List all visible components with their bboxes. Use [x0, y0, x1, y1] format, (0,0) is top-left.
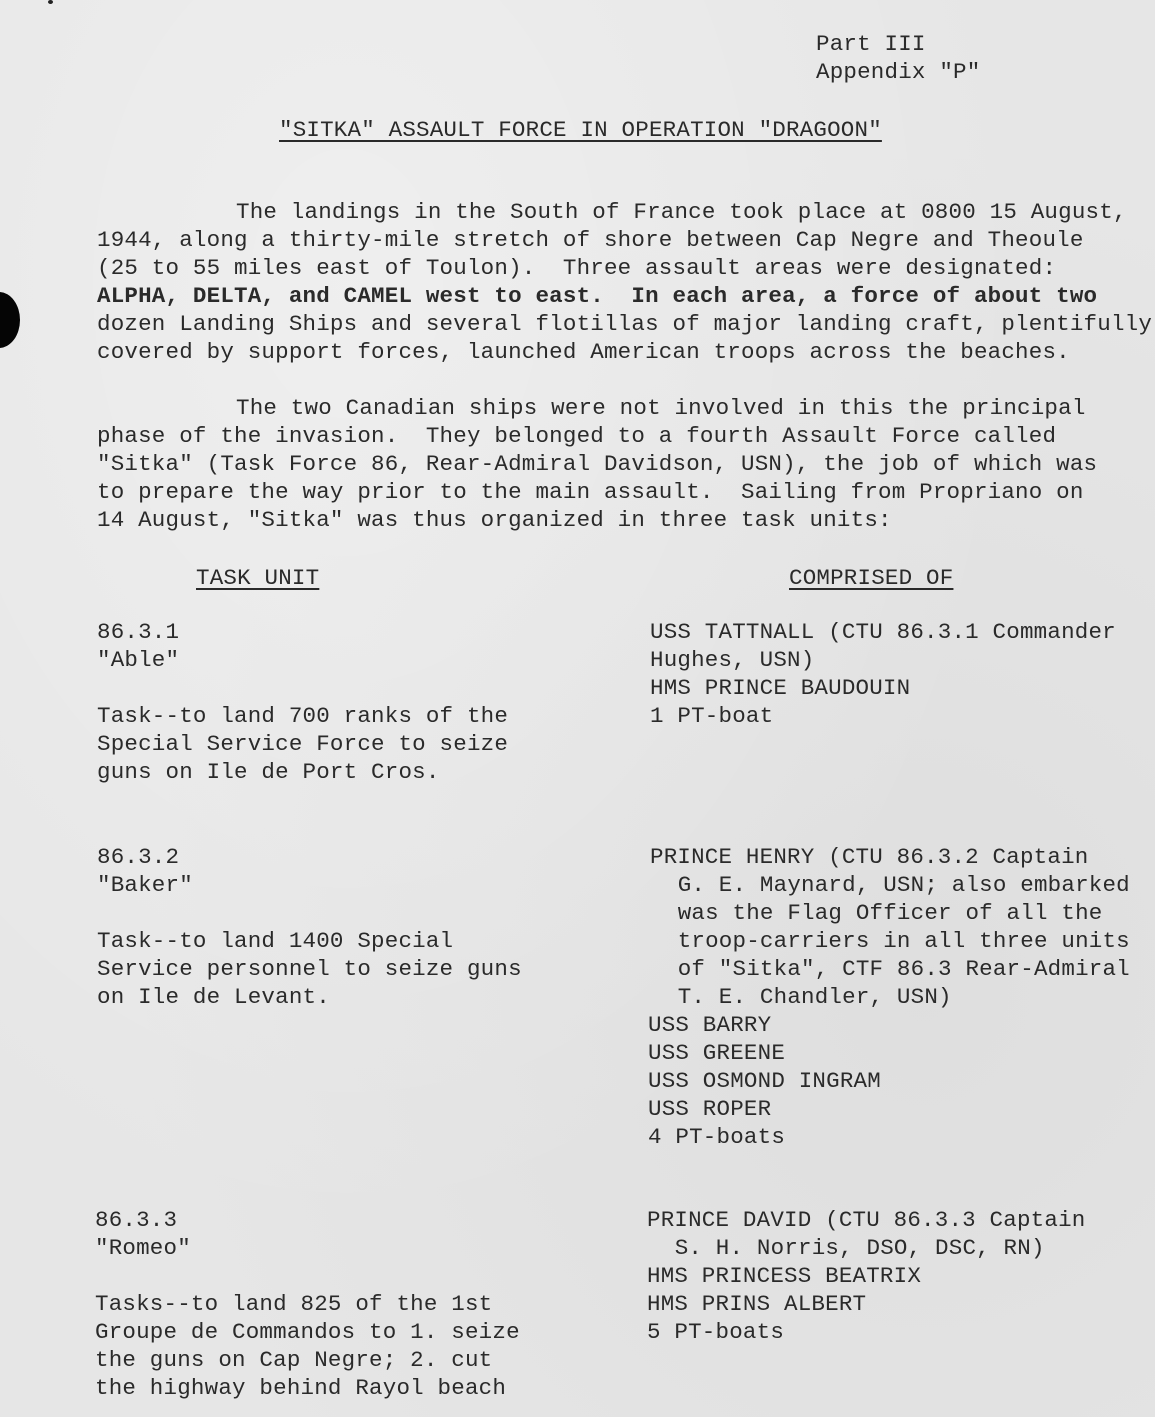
unit-number: 86.3.3 — [95, 1206, 177, 1234]
ship-line: G. E. Maynard, USN; also embarked — [664, 871, 1130, 899]
ship-line: USS ROPER — [648, 1095, 771, 1123]
unit-task-line: Tasks--to land 825 of the 1st — [95, 1290, 492, 1318]
unit-name: "Romeo" — [95, 1234, 191, 1262]
ship-line: Hughes, USN) — [650, 646, 814, 674]
ship-line: HMS PRINS ALBERT — [647, 1290, 866, 1318]
paragraph-line: covered by support forces, launched Amer… — [97, 338, 1070, 366]
unit-name: "Baker" — [97, 871, 193, 899]
part-label: Part III — [816, 30, 926, 58]
paragraph-line: 14 August, "Sitka" was thus organized in… — [97, 506, 892, 534]
ship-line: HMS PRINCESS BEATRIX — [647, 1262, 921, 1290]
ship-line: PRINCE HENRY (CTU 86.3.2 Captain — [650, 843, 1088, 871]
ship-line: 1 PT-boat — [650, 702, 773, 730]
ship-line: USS OSMOND INGRAM — [648, 1067, 881, 1095]
ship-line: 5 PT-boats — [647, 1318, 784, 1346]
unit-name: "Able" — [97, 646, 179, 674]
unit-task-line: Groupe de Commandos to 1. seize — [95, 1318, 520, 1346]
paragraph-line: dozen Landing Ships and several flotilla… — [97, 310, 1152, 338]
paragraph-line: phase of the invasion. They belonged to … — [97, 422, 1056, 450]
unit-task-line: the guns on Cap Negre; 2. cut — [95, 1346, 492, 1374]
paragraph-line: The landings in the South of France took… — [236, 198, 1127, 226]
ship-line: USS GREENE — [648, 1039, 785, 1067]
unit-number: 86.3.1 — [97, 618, 179, 646]
unit-task-line: Task--to land 700 ranks of the — [97, 702, 508, 730]
unit-number: 86.3.2 — [97, 843, 179, 871]
ship-line: was the Flag Officer of all the — [664, 899, 1102, 927]
paragraph-line: ALPHA, DELTA, and CAMEL west to east. In… — [97, 282, 1097, 310]
unit-task-line: Task--to land 1400 Special — [97, 927, 453, 955]
column-header-task-unit: TASK UNIT — [196, 564, 319, 592]
paragraph-line: (25 to 55 miles east of Toulon). Three a… — [97, 254, 1056, 282]
ship-line: USS TATTNALL (CTU 86.3.1 Commander — [650, 618, 1116, 646]
unit-task-line: the highway behind Rayol beach — [95, 1374, 506, 1402]
ship-line: S. H. Norris, DSO, DSC, RN) — [661, 1234, 1045, 1262]
paragraph-line: to prepare the way prior to the main ass… — [97, 478, 1084, 506]
unit-task-line: guns on Ile de Port Cros. — [97, 758, 440, 786]
ship-line: of "Sitka", CTF 86.3 Rear-Admiral — [664, 955, 1130, 983]
document-title: "SITKA" ASSAULT FORCE IN OPERATION "DRAG… — [279, 116, 882, 144]
paragraph-line: "Sitka" (Task Force 86, Rear-Admiral Dav… — [97, 450, 1097, 478]
ink-speck — [48, 0, 53, 4]
paragraph-line: 1944, along a thirty-mile stretch of sho… — [97, 226, 1084, 254]
paragraph-line: The two Canadian ships were not involved… — [236, 394, 1086, 422]
unit-task-line: on Ile de Levant. — [97, 983, 330, 1011]
ship-line: PRINCE DAVID (CTU 86.3.3 Captain — [647, 1206, 1085, 1234]
appendix-label: Appendix "P" — [816, 58, 980, 86]
ship-line: USS BARRY — [648, 1011, 771, 1039]
column-header-comprised-of: COMPRISED OF — [789, 564, 953, 592]
ship-line: 4 PT-boats — [648, 1123, 785, 1151]
ship-line: troop-carriers in all three units — [664, 927, 1130, 955]
unit-task-line: Special Service Force to seize — [97, 730, 508, 758]
ship-line: T. E. Chandler, USN) — [664, 983, 952, 1011]
ship-line: HMS PRINCE BAUDOUIN — [650, 674, 910, 702]
unit-task-line: Service personnel to seize guns — [97, 955, 522, 983]
